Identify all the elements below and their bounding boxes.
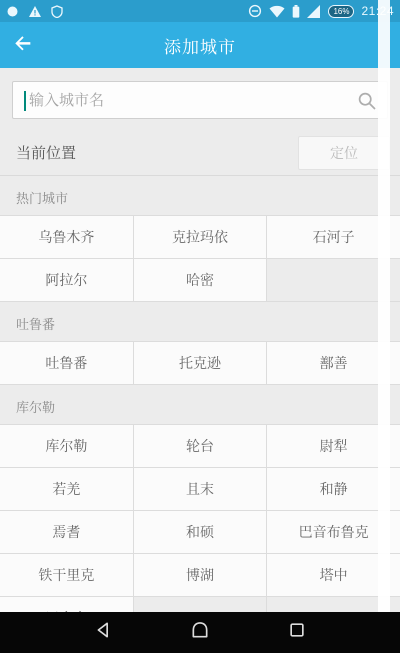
city-cell[interactable]: 博湖 xyxy=(134,554,267,596)
current-location-label: 当前位置 xyxy=(16,142,76,163)
nav-home-button[interactable] xyxy=(170,612,230,653)
back-icon xyxy=(93,620,113,645)
city-cell[interactable]: 托克逊 xyxy=(134,342,267,384)
recents-icon xyxy=(287,620,307,645)
search-section xyxy=(0,68,400,130)
content-area: 当前位置 定位 热门城市 乌鲁木齐克拉玛依石河子阿拉尔哈密 吐鲁番 吐鲁番托克逊… xyxy=(0,68,400,612)
section-title: 热门城市 xyxy=(0,176,400,215)
city-cell[interactable]: 吐鲁番 xyxy=(0,342,133,384)
section-title: 吐鲁番 xyxy=(0,302,400,341)
city-cell[interactable]: 且末 xyxy=(134,468,267,510)
wifi-icon xyxy=(269,5,285,18)
city-section: 热门城市 乌鲁木齐克拉玛依石河子阿拉尔哈密 xyxy=(0,176,400,302)
battery-small-icon xyxy=(292,5,300,18)
arrow-left-icon xyxy=(12,32,34,59)
city-cell-empty xyxy=(134,597,267,612)
warning-triangle-icon xyxy=(28,5,42,18)
nav-recents-button[interactable] xyxy=(267,612,327,653)
current-location-row: 当前位置 定位 xyxy=(0,130,400,176)
city-cell[interactable]: 阿拉尔 xyxy=(0,259,133,301)
status-bar: 16% 21:24 xyxy=(0,0,400,22)
search-input[interactable] xyxy=(13,82,387,118)
city-cell[interactable]: 克拉玛依 xyxy=(134,216,267,258)
search-icon[interactable] xyxy=(357,91,377,116)
section-title: 库尔勒 xyxy=(0,385,400,424)
nav-back-button[interactable] xyxy=(73,612,133,653)
city-grid: 吐鲁番托克逊鄯善 xyxy=(0,341,400,385)
battery-pill: 16% xyxy=(328,5,354,18)
city-cell[interactable]: 巴仑台 xyxy=(0,597,133,612)
city-grid: 库尔勒轮台尉犁若羌且末和静焉耆和硕巴音布鲁克铁干里克博湖塔中巴仑台 xyxy=(0,424,400,612)
city-cell[interactable]: 轮台 xyxy=(134,425,267,467)
home-icon xyxy=(190,620,210,645)
android-nav-bar xyxy=(0,612,400,653)
city-sections: 热门城市 乌鲁木齐克拉玛依石河子阿拉尔哈密 吐鲁番 吐鲁番托克逊鄯善 库尔勒 库… xyxy=(0,176,400,612)
city-cell[interactable]: 和硕 xyxy=(134,511,267,553)
signal-icon xyxy=(307,5,321,18)
shield-icon xyxy=(51,5,63,18)
city-cell[interactable]: 铁干里克 xyxy=(0,554,133,596)
back-button[interactable] xyxy=(0,22,46,68)
notification-dot-icon xyxy=(6,5,19,18)
text-cursor xyxy=(24,91,26,111)
app-bar: 添加城市 xyxy=(0,22,400,68)
city-cell[interactable]: 焉耆 xyxy=(0,511,133,553)
phone-screen: 16% 21:24 添加城市 当前位置 定位 热 xyxy=(0,0,400,653)
city-cell[interactable]: 哈密 xyxy=(134,259,267,301)
city-section: 吐鲁番 吐鲁番托克逊鄯善 xyxy=(0,302,400,385)
city-cell[interactable]: 库尔勒 xyxy=(0,425,133,467)
search-box xyxy=(12,81,388,119)
page-title: 添加城市 xyxy=(0,33,400,58)
scrollbar[interactable] xyxy=(378,0,390,612)
locate-button[interactable]: 定位 xyxy=(298,136,390,170)
city-cell[interactable]: 若羌 xyxy=(0,468,133,510)
city-section: 库尔勒 库尔勒轮台尉犁若羌且末和静焉耆和硕巴音布鲁克铁干里克博湖塔中巴仑台 xyxy=(0,385,400,612)
city-grid: 乌鲁木齐克拉玛依石河子阿拉尔哈密 xyxy=(0,215,400,302)
sync-circle-icon xyxy=(248,4,262,18)
city-cell[interactable]: 乌鲁木齐 xyxy=(0,216,133,258)
